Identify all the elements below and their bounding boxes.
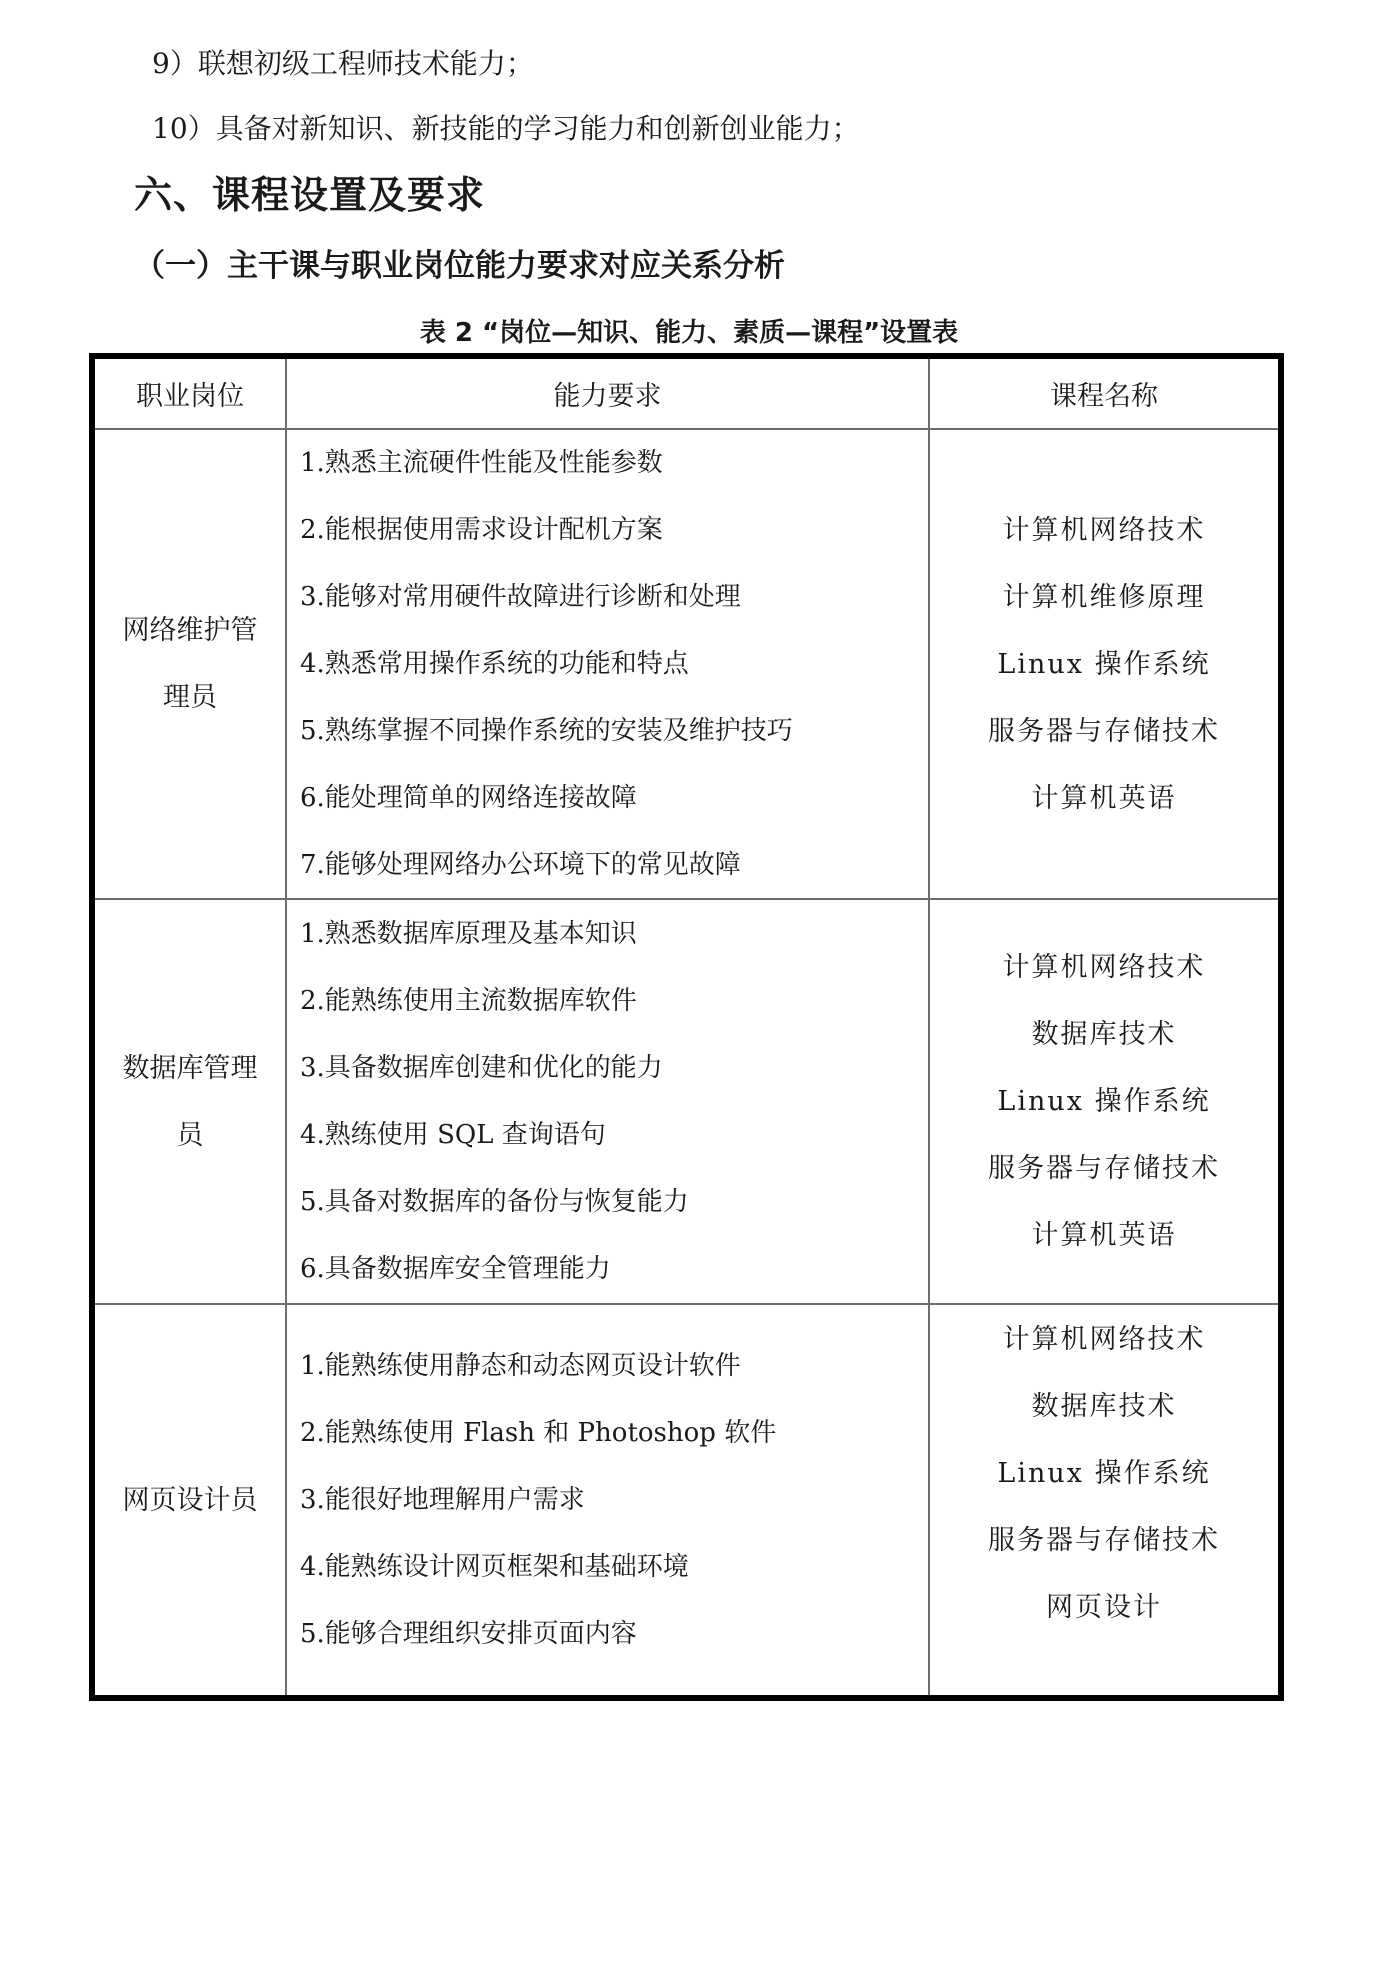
requirement-item: 7.能够处理网络办公环境下的常见故障	[300, 832, 928, 899]
course-item: Linux 操作系统	[997, 631, 1210, 698]
table-caption: 表 2 “岗位—知识、能力、素质—课程”设置表	[0, 312, 1378, 349]
courses-cell: 计算机网络技术 计算机维修原理 Linux 操作系统 服务器与存储技术 计算机英…	[930, 430, 1278, 898]
requirement-item: 2.能熟练使用 Flash 和 Photoshop 软件	[300, 1400, 928, 1467]
requirements-cell: 1.能熟练使用静态和动态网页设计软件 2.能熟练使用 Flash 和 Photo…	[287, 1305, 928, 1695]
requirements-cell: 1.熟悉主流硬件性能及性能参数 2.能根据使用需求设计配机方案 3.能够对常用硬…	[287, 430, 928, 898]
course-item: 计算机网络技术	[1003, 497, 1206, 564]
course-table: 职业岗位 能力要求 课程名称 网络维护管理员 1.熟悉主流硬件性能及性能参数 2…	[89, 353, 1284, 1701]
position-cell: 网络维护管理员	[118, 597, 263, 731]
header-position: 职业岗位	[136, 374, 244, 413]
requirements-cell: 1.熟悉数据库原理及基本知识 2.能熟练使用主流数据库软件 3.具备数据库创建和…	[287, 900, 928, 1303]
course-item: 服务器与存储技术	[988, 1135, 1220, 1202]
requirement-item: 5.能够合理组织安排页面内容	[300, 1601, 928, 1668]
course-item: 网页设计	[1046, 1574, 1162, 1641]
requirement-item: 1.熟悉数据库原理及基本知识	[300, 901, 928, 968]
list-item-number: 9）	[152, 47, 198, 80]
course-item: 计算机维修原理	[1003, 564, 1206, 631]
header-requirements: 能力要求	[554, 374, 662, 413]
requirement-item: 5.熟练掌握不同操作系统的安装及维护技巧	[300, 698, 928, 765]
header-cell: 课程名称	[930, 359, 1278, 428]
requirement-item: 4.能熟练设计网页框架和基础环境	[300, 1534, 928, 1601]
table-row: 网络维护管理员	[95, 430, 285, 898]
course-item: 计算机英语	[1032, 765, 1177, 832]
requirement-item: 2.能根据使用需求设计配机方案	[300, 497, 928, 564]
course-item: Linux 操作系统	[997, 1440, 1210, 1507]
header-courses: 课程名称	[1050, 374, 1158, 413]
requirement-item: 4.熟悉常用操作系统的功能和特点	[300, 631, 928, 698]
requirement-item: 2.能熟练使用主流数据库软件	[300, 968, 928, 1035]
table-row: 网页设计员	[95, 1305, 285, 1695]
list-item-text: 具备对新知识、新技能的学习能力和创新创业能力；	[216, 112, 860, 145]
list-item-text: 联想初级工程师技术能力；	[198, 47, 534, 80]
requirement-item: 1.能熟练使用静态和动态网页设计软件	[300, 1333, 928, 1400]
requirement-item: 6.能处理简单的网络连接故障	[300, 765, 928, 832]
course-item: Linux 操作系统	[997, 1068, 1210, 1135]
list-item-number: 10）	[152, 112, 216, 145]
course-item: 计算机网络技术	[1003, 1306, 1206, 1373]
requirement-item: 3.具备数据库创建和优化的能力	[300, 1035, 928, 1102]
course-item: 数据库技术	[1032, 1373, 1177, 1440]
courses-cell: 计算机网络技术 数据库技术 Linux 操作系统 服务器与存储技术 网页设计	[930, 1305, 1278, 1641]
course-item: 计算机网络技术	[1003, 934, 1206, 1001]
requirement-item: 5.具备对数据库的备份与恢复能力	[300, 1169, 928, 1236]
table-header-row: 职业岗位	[95, 359, 285, 428]
subsection-heading: （一）主干课与职业岗位能力要求对应关系分析	[134, 240, 785, 285]
position-cell: 网页设计员	[100, 1467, 280, 1534]
courses-cell: 计算机网络技术 数据库技术 Linux 操作系统 服务器与存储技术 计算机英语	[930, 900, 1278, 1303]
list-item: 10）具备对新知识、新技能的学习能力和创新创业能力；	[152, 107, 860, 147]
course-item: 计算机英语	[1032, 1202, 1177, 1269]
requirement-item: 4.熟练使用 SQL 查询语句	[300, 1102, 928, 1169]
requirement-item: 3.能很好地理解用户需求	[300, 1467, 928, 1534]
list-item: 9）联想初级工程师技术能力；	[152, 42, 534, 82]
course-item: 数据库技术	[1032, 1001, 1177, 1068]
section-heading: 六、课程设置及要求	[134, 164, 485, 219]
header-cell: 能力要求	[287, 359, 928, 428]
course-item: 服务器与存储技术	[988, 1507, 1220, 1574]
requirement-item: 3.能够对常用硬件故障进行诊断和处理	[300, 564, 928, 631]
course-item: 服务器与存储技术	[988, 698, 1220, 765]
requirement-item: 1.熟悉主流硬件性能及性能参数	[300, 430, 928, 497]
position-cell: 数据库管理员	[118, 1035, 263, 1169]
table-row: 数据库管理员	[95, 900, 285, 1303]
requirement-item: 6.具备数据库安全管理能力	[300, 1236, 928, 1303]
